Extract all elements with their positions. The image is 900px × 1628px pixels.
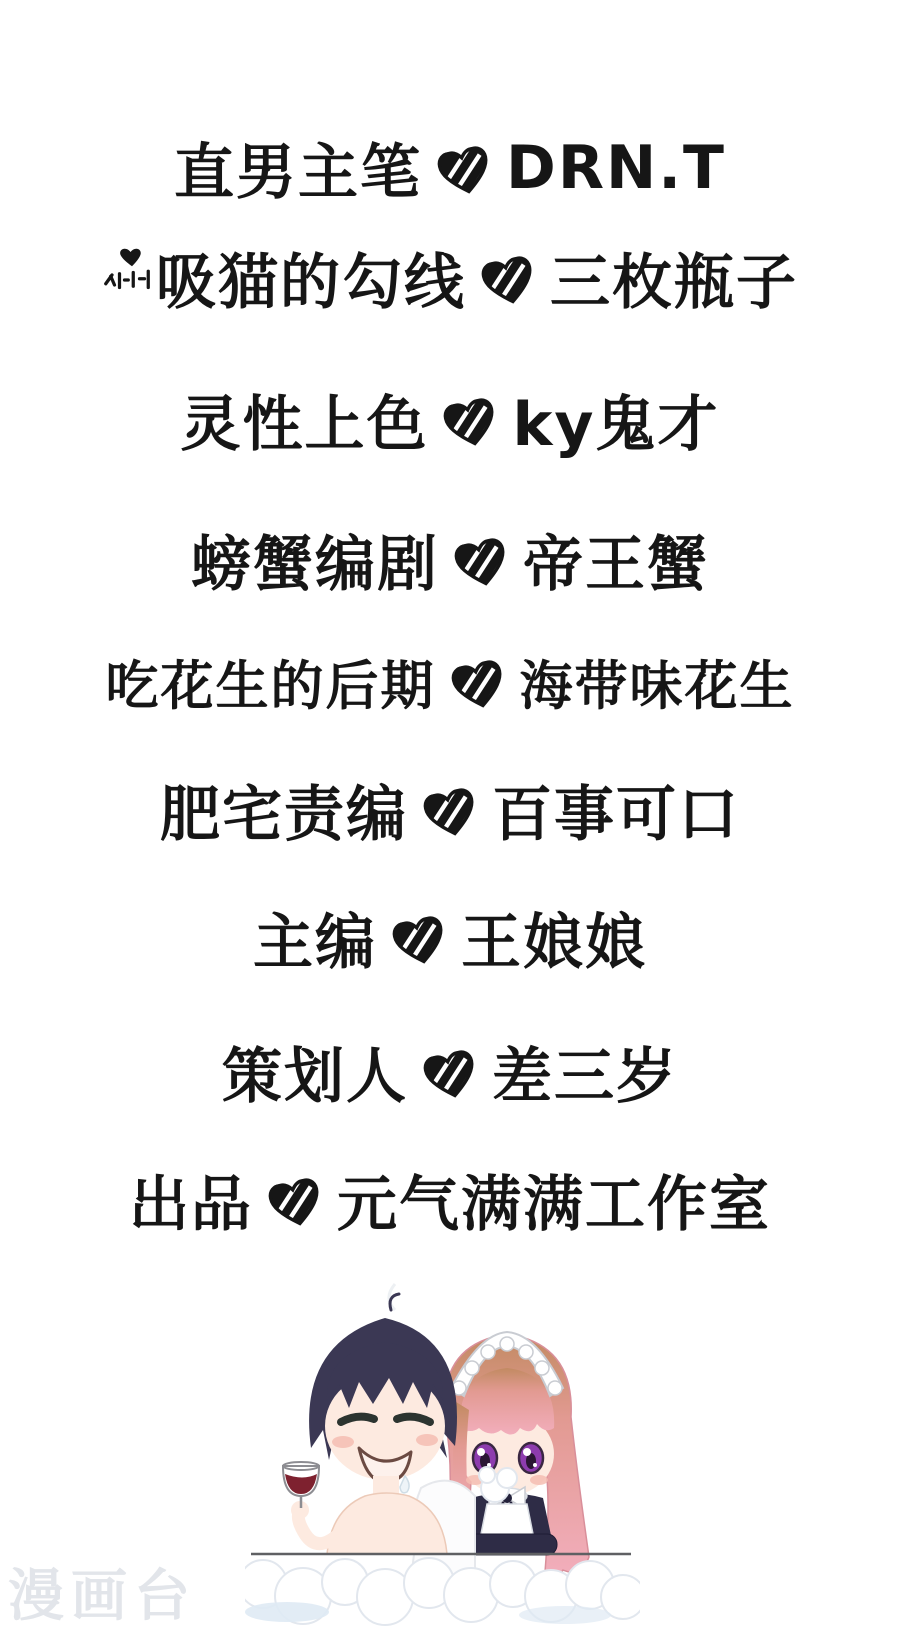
striped-heart-icon <box>452 536 513 593</box>
credit-name-label: DRN.T <box>506 133 726 203</box>
credit-row: 直男主笔 DRN.T <box>0 128 900 208</box>
credit-name-label: 三枚瓶子 <box>550 235 798 321</box>
credit-role-label: 吸猫的勾线 <box>156 235 466 321</box>
credit-row: 主编 王娘娘 <box>0 898 900 978</box>
credit-role-label: 出品 <box>129 1157 253 1243</box>
bath-illustration <box>245 1282 640 1628</box>
striped-heart-icon <box>390 914 451 971</box>
striped-heart-icon <box>479 254 540 311</box>
credit-row: 出品 元气满满工作室 <box>0 1160 900 1240</box>
foam-bubbles <box>245 1558 640 1628</box>
doodle-heart-icon <box>102 248 152 292</box>
credit-name-label: 王娘娘 <box>461 895 647 981</box>
credit-row: 策划人 差三岁 <box>0 1032 900 1112</box>
credit-row: 螃蟹编剧 帝王蟹 <box>0 520 900 600</box>
credit-role-label: 主编 <box>253 895 377 981</box>
striped-heart-icon <box>448 658 509 715</box>
credit-name-label: 百事可口 <box>492 767 740 853</box>
credit-name-label: ky鬼才 <box>512 377 719 463</box>
credit-name-label: 海带味花生 <box>520 644 795 720</box>
credit-role-label: 直男主笔 <box>174 125 422 211</box>
credit-row: 肥宅责编 百事可口 <box>0 770 900 850</box>
credit-role-label: 灵性上色 <box>180 377 428 463</box>
boy-character <box>283 1294 457 1554</box>
striped-heart-icon <box>266 1176 327 1233</box>
credit-role-label: 吃花生的后期 <box>106 644 436 720</box>
striped-heart-icon <box>435 144 496 201</box>
wine-glass-icon <box>283 1462 319 1508</box>
striped-heart-icon <box>441 396 502 453</box>
credits-page: 直男主笔 DRN.T 吸猫的勾线 <box>0 0 900 1628</box>
credit-name-label: 差三岁 <box>492 1029 678 1115</box>
striped-heart-icon <box>421 1048 482 1105</box>
credit-role-label: 螃蟹编剧 <box>191 517 439 603</box>
credit-name-label: 元气满满工作室 <box>337 1157 771 1243</box>
credit-row: 灵性上色 ky鬼才 <box>0 380 900 460</box>
credit-name-label: 帝王蟹 <box>523 517 709 603</box>
watermark: 漫画台 <box>8 1552 197 1628</box>
credit-role-label: 策划人 <box>222 1029 408 1115</box>
credit-row: 吃花生的后期 海带味花生 <box>0 642 900 722</box>
drool-drop <box>400 1476 409 1493</box>
credit-row: 吸猫的勾线 三枚瓶子 <box>0 238 900 318</box>
credit-role-label: 肥宅责编 <box>160 767 408 853</box>
striped-heart-icon <box>421 786 482 843</box>
